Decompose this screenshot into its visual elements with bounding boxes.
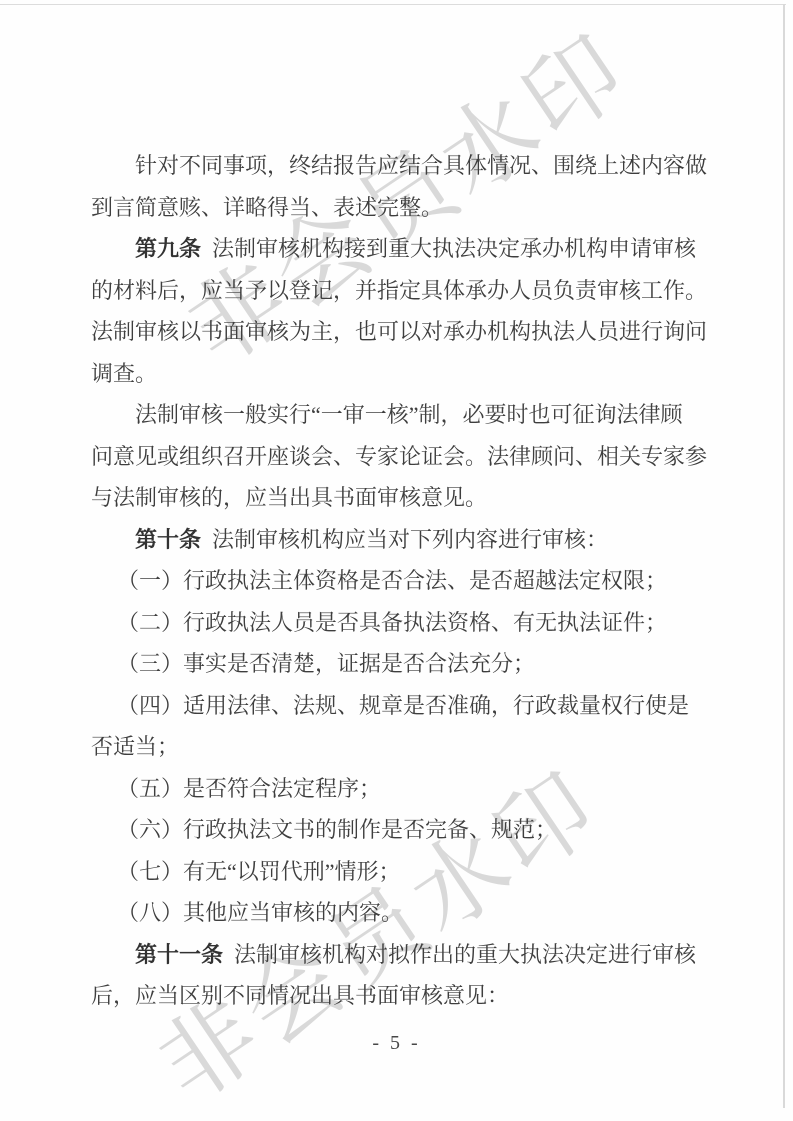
text-line: （七）有无“以罚代刑”情形； [91, 851, 751, 893]
text-line: 到言简意赅、详略得当、表述完整。 [91, 187, 751, 229]
text-line: （一）行政执法主体资格是否合法、是否超越法定权限； [91, 560, 751, 602]
line-text: 到言简意赅、详略得当、表述完整。 [91, 195, 443, 220]
article-number-label: 第十条 [135, 527, 201, 552]
line-text: （三）事实是否清楚，证据是否合法充分； [117, 651, 535, 676]
text-line: （八）其他应当审核的内容。 [91, 892, 751, 934]
text-line: 后，应当区别不同情况出具书面审核意见： [91, 975, 751, 1017]
article-number-label: 第九条 [135, 236, 201, 261]
page-edge-right [783, 4, 785, 1108]
page-number: - 5 - [0, 1032, 793, 1055]
line-text: （二）行政执法人员是否具备执法资格、有无执法证件； [117, 610, 667, 635]
line-text: 问意见或组织召开座谈会、专家论证会。法律顾问、相关专家参 [91, 444, 707, 469]
text-line: 法制审核一般实行“一审一核”制，必要时也可征询法律顾 [91, 394, 751, 436]
line-text: （七）有无“以罚代刑”情形； [117, 859, 401, 884]
text-line: （三）事实是否清楚，证据是否合法充分； [91, 643, 751, 685]
line-text: 后，应当区别不同情况出具书面审核意见： [91, 983, 509, 1008]
line-text: 与法制审核的，应当出具书面审核意见。 [91, 485, 487, 510]
line-text: （六）行政执法文书的制作是否完备、规范； [117, 817, 557, 842]
line-text: （五）是否符合法定程序； [117, 776, 381, 801]
line-text: 法制审核机构对拟作出的重大执法决定进行审核 [223, 942, 696, 967]
text-line: 第十条 法制审核机构应当对下列内容进行审核： [91, 519, 751, 561]
text-line: 调查。 [91, 353, 751, 395]
line-text: 法制审核以书面审核为主，也可以对承办机构执法人员进行询问 [91, 319, 707, 344]
document-page: { "watermark": { "text": "非会员水印", "color… [0, 0, 793, 1121]
line-text: （四）适用法律、法规、规章是否准确，行政裁量权行使是 [117, 693, 689, 718]
line-text: 调查。 [91, 361, 157, 386]
text-line: （四）适用法律、法规、规章是否准确，行政裁量权行使是 [91, 685, 751, 727]
text-line: 否适当； [91, 726, 751, 768]
line-text: 针对不同事项，终结报告应结合具体情况、围绕上述内容做 [135, 153, 707, 178]
line-text: （一）行政执法主体资格是否合法、是否超越法定权限； [117, 568, 667, 593]
line-text: 的材料后，应当予以登记，并指定具体承办人员负责审核工作。 [91, 278, 707, 303]
line-text: （八）其他应当审核的内容。 [117, 900, 403, 925]
text-line: （二）行政执法人员是否具备执法资格、有无执法证件； [91, 602, 751, 644]
text-line: （六）行政执法文书的制作是否完备、规范； [91, 809, 751, 851]
line-text: 否适当； [91, 734, 179, 759]
line-text: 法制审核机构接到重大执法决定承办机构申请审核 [201, 236, 696, 261]
line-text: 法制审核机构应当对下列内容进行审核： [201, 527, 608, 552]
text-line: 第九条 法制审核机构接到重大执法决定承办机构申请审核 [91, 228, 751, 270]
text-line: 与法制审核的，应当出具书面审核意见。 [91, 477, 751, 519]
document-body: 针对不同事项，终结报告应结合具体情况、围绕上述内容做到言简意赅、详略得当、表述完… [91, 145, 751, 1017]
text-line: （五）是否符合法定程序； [91, 768, 751, 810]
page-edge-top [0, 4, 786, 5]
article-number-label: 第十一条 [135, 942, 223, 967]
text-line: 问意见或组织召开座谈会、专家论证会。法律顾问、相关专家参 [91, 436, 751, 478]
text-line: 针对不同事项，终结报告应结合具体情况、围绕上述内容做 [91, 145, 751, 187]
text-line: 法制审核以书面审核为主，也可以对承办机构执法人员进行询问 [91, 311, 751, 353]
text-line: 第十一条 法制审核机构对拟作出的重大执法决定进行审核 [91, 934, 751, 976]
text-line: 的材料后，应当予以登记，并指定具体承办人员负责审核工作。 [91, 270, 751, 312]
line-text: 法制审核一般实行“一审一核”制，必要时也可征询法律顾 [135, 402, 683, 427]
